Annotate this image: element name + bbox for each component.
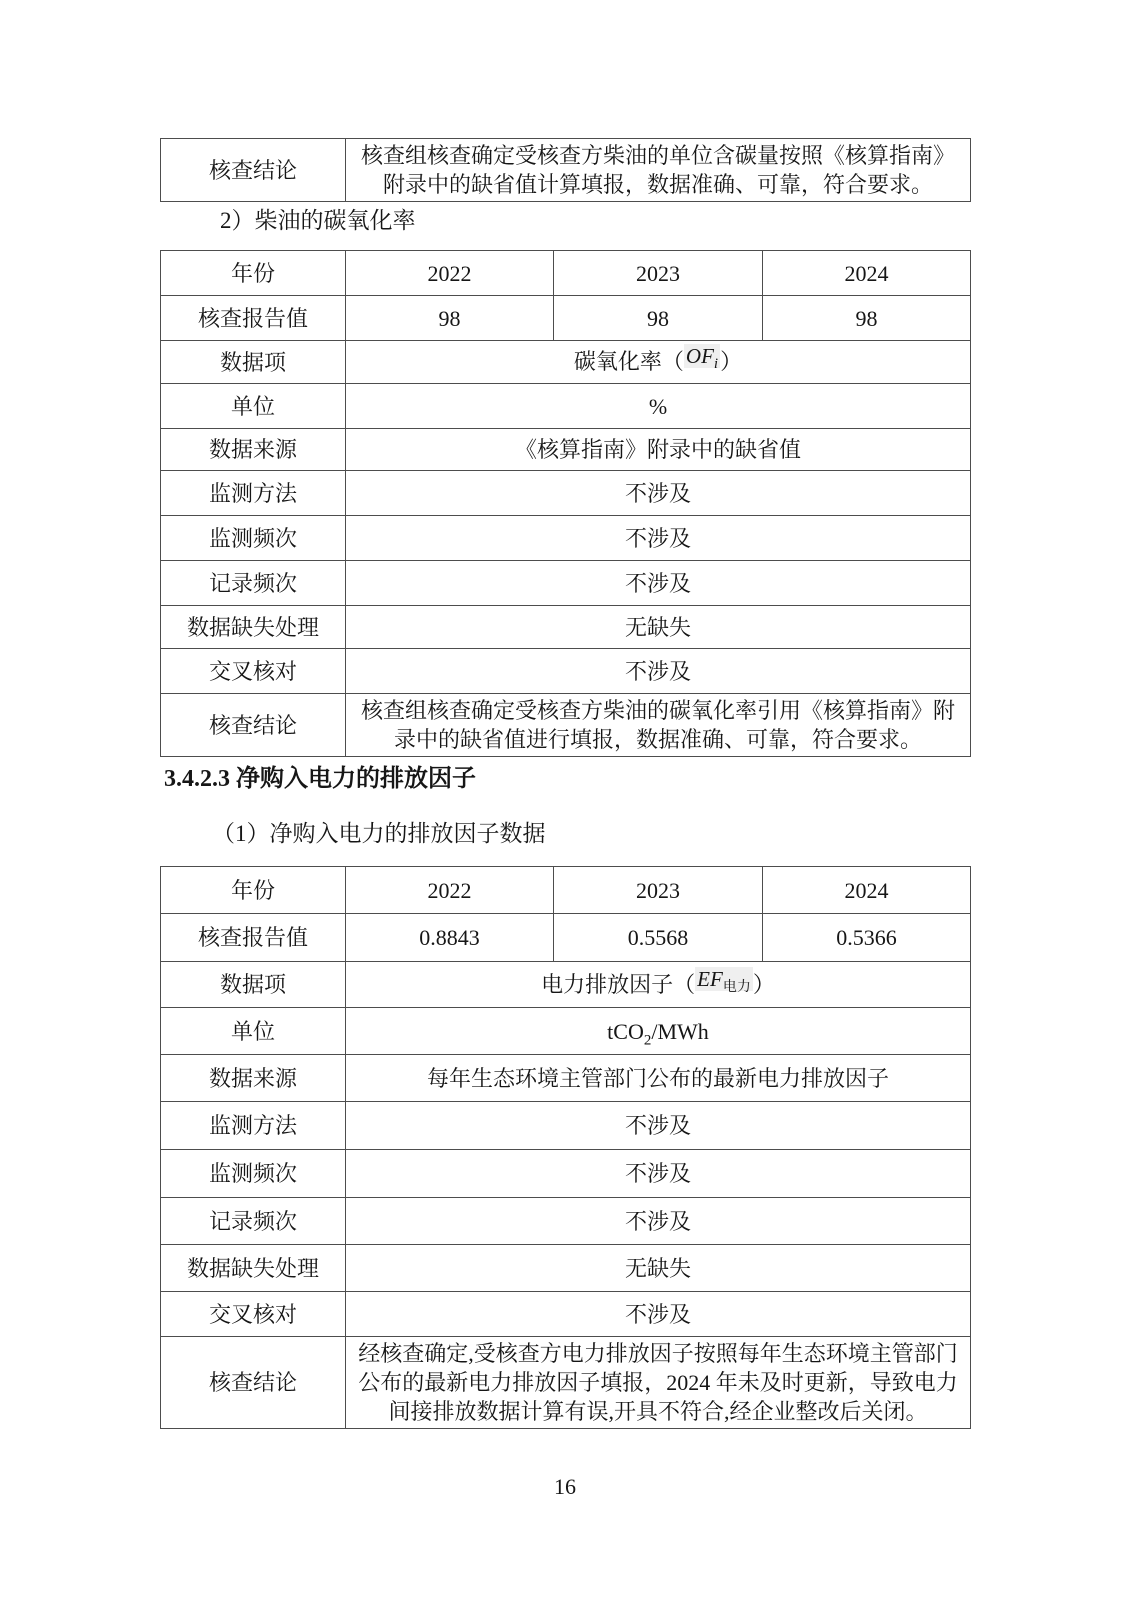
row-label-cell: 核查结论 (161, 139, 346, 202)
formula-ef: EF电力 (695, 967, 753, 991)
diesel-oxidation-table: 年份 2022 2023 2024 核查报告值 98 98 98 数据项 碳氧化… (160, 250, 970, 757)
table-row-monitoring-frequency: 监测频次 不涉及 (161, 516, 971, 561)
conclusion-cell: 核查组核查确定受核查方柴油的碳氧化率引用《核算指南》附录中的缺省值进行填报，数据… (346, 694, 971, 757)
year-cell: 2023 (554, 251, 763, 296)
document-page: 核查结论 核查组核查确定受核查方柴油的单位含碳量按照《核算指南》附录中的缺省值计… (0, 0, 1132, 1600)
unit-text: tCO (607, 1019, 644, 1044)
table-row-year: 年份 2022 2023 2024 (161, 867, 971, 914)
row-label-cell: 单位 (161, 384, 346, 429)
table-row-conclusion: 核查结论 经核查确定,受核查方电力排放因子按照每年生态环境主管部门公布的最新电力… (161, 1337, 971, 1429)
row-label-cell: 数据项 (161, 962, 346, 1008)
table-row-cross-check: 交叉核对 不涉及 (161, 649, 971, 694)
source-cell: 每年生态环境主管部门公布的最新电力排放因子 (346, 1055, 971, 1102)
table-row-record-frequency: 记录频次 不涉及 (161, 561, 971, 606)
cross-check-cell: 不涉及 (346, 1292, 971, 1337)
table-row-year: 年份 2022 2023 2024 (161, 251, 971, 296)
data-item-text: ） (720, 349, 742, 374)
unit-text: /MWh (651, 1019, 708, 1044)
row-label-cell: 交叉核对 (161, 649, 346, 694)
table-row-missing-data: 数据缺失处理 无缺失 (161, 1245, 971, 1292)
data-item-text: ） (753, 972, 775, 997)
method-cell: 不涉及 (346, 471, 971, 516)
unit-cell: % (346, 384, 971, 429)
table-row-data-source: 数据来源 《核算指南》附录中的缺省值 (161, 429, 971, 471)
table-row-monitoring-frequency: 监测频次 不涉及 (161, 1150, 971, 1198)
method-cell: 不涉及 (346, 1102, 971, 1150)
table-row: 核查结论 核查组核查确定受核查方柴油的单位含碳量按照《核算指南》附录中的缺省值计… (161, 139, 971, 202)
page-number: 16 (160, 1474, 970, 1500)
conclusion-cell: 经核查确定,受核查方电力排放因子按照每年生态环境主管部门公布的最新电力排放因子填… (346, 1337, 971, 1429)
value-cell: 0.5366 (763, 914, 971, 962)
formula-subscript: 电力 (723, 980, 751, 995)
subsection-heading-electricity-data: （1）净购入电力的排放因子数据 (160, 818, 1022, 850)
year-cell: 2022 (346, 867, 554, 914)
row-label-cell: 核查结论 (161, 1337, 346, 1429)
data-item-text: 碳氧化率（ (574, 349, 684, 374)
unit-cell: tCO2/MWh (346, 1008, 971, 1055)
year-cell: 2024 (763, 251, 971, 296)
subsection-heading-diesel-oxidation: 2）柴油的碳氧化率 (160, 205, 1030, 237)
table-row-data-source: 数据来源 每年生态环境主管部门公布的最新电力排放因子 (161, 1055, 971, 1102)
row-label-cell: 监测方法 (161, 471, 346, 516)
table-row-monitoring-method: 监测方法 不涉及 (161, 1102, 971, 1150)
table-row-missing-data: 数据缺失处理 无缺失 (161, 606, 971, 649)
row-label-cell: 监测频次 (161, 1150, 346, 1198)
row-label-cell: 记录频次 (161, 1198, 346, 1245)
row-label-cell: 核查报告值 (161, 296, 346, 341)
section-heading-electricity: 3.4.2.3 净购入电力的排放因子 (160, 763, 974, 795)
value-cell: 0.8843 (346, 914, 554, 962)
row-label-cell: 数据缺失处理 (161, 1245, 346, 1292)
record-cell: 不涉及 (346, 1198, 971, 1245)
formula-of: OFi (684, 344, 720, 368)
formula-main: EF (697, 967, 723, 991)
record-cell: 不涉及 (346, 561, 971, 606)
row-label-cell: 核查结论 (161, 694, 346, 757)
row-label-cell: 数据缺失处理 (161, 606, 346, 649)
row-label-cell: 数据来源 (161, 429, 346, 471)
data-item-text: 电力排放因子（ (541, 972, 695, 997)
value-cell: 98 (763, 296, 971, 341)
source-cell: 《核算指南》附录中的缺省值 (346, 429, 971, 471)
table-row-unit: 单位 % (161, 384, 971, 429)
data-item-cell: 碳氧化率（OFi） (346, 341, 971, 384)
diesel-carbon-content-conclusion-table: 核查结论 核查组核查确定受核查方柴油的单位含碳量按照《核算指南》附录中的缺省值计… (160, 138, 970, 202)
frequency-cell: 不涉及 (346, 516, 971, 561)
year-cell: 2022 (346, 251, 554, 296)
missing-cell: 无缺失 (346, 1245, 971, 1292)
conclusion-cell: 核查组核查确定受核查方柴油的单位含碳量按照《核算指南》附录中的缺省值计算填报，数… (346, 139, 971, 202)
year-cell: 2023 (554, 867, 763, 914)
row-label-cell: 交叉核对 (161, 1292, 346, 1337)
value-cell: 0.5568 (554, 914, 763, 962)
table-row-monitoring-method: 监测方法 不涉及 (161, 471, 971, 516)
row-label-cell: 数据来源 (161, 1055, 346, 1102)
frequency-cell: 不涉及 (346, 1150, 971, 1198)
table-row-data-item: 数据项 碳氧化率（OFi） (161, 341, 971, 384)
value-cell: 98 (346, 296, 554, 341)
value-cell: 98 (554, 296, 763, 341)
row-label-cell: 监测频次 (161, 516, 346, 561)
row-label-cell: 监测方法 (161, 1102, 346, 1150)
formula-subscript: i (714, 356, 718, 372)
missing-cell: 无缺失 (346, 606, 971, 649)
year-cell: 2024 (763, 867, 971, 914)
table-row-reported-value: 核查报告值 98 98 98 (161, 296, 971, 341)
row-label-cell: 数据项 (161, 341, 346, 384)
table-row-data-item: 数据项 电力排放因子（EF电力） (161, 962, 971, 1008)
table-row-cross-check: 交叉核对 不涉及 (161, 1292, 971, 1337)
table-row-reported-value: 核查报告值 0.8843 0.5568 0.5366 (161, 914, 971, 962)
row-label-cell: 核查报告值 (161, 914, 346, 962)
row-label-cell: 年份 (161, 867, 346, 914)
table-row-conclusion: 核查结论 核查组核查确定受核查方柴油的碳氧化率引用《核算指南》附录中的缺省值进行… (161, 694, 971, 757)
table-row-unit: 单位 tCO2/MWh (161, 1008, 971, 1055)
row-label-cell: 单位 (161, 1008, 346, 1055)
table-row-record-frequency: 记录频次 不涉及 (161, 1198, 971, 1245)
electricity-factor-table: 年份 2022 2023 2024 核查报告值 0.8843 0.5568 0.… (160, 866, 970, 1429)
row-label-cell: 年份 (161, 251, 346, 296)
data-item-cell: 电力排放因子（EF电力） (346, 962, 971, 1008)
row-label-cell: 记录频次 (161, 561, 346, 606)
cross-check-cell: 不涉及 (346, 649, 971, 694)
formula-main: OF (686, 344, 714, 368)
